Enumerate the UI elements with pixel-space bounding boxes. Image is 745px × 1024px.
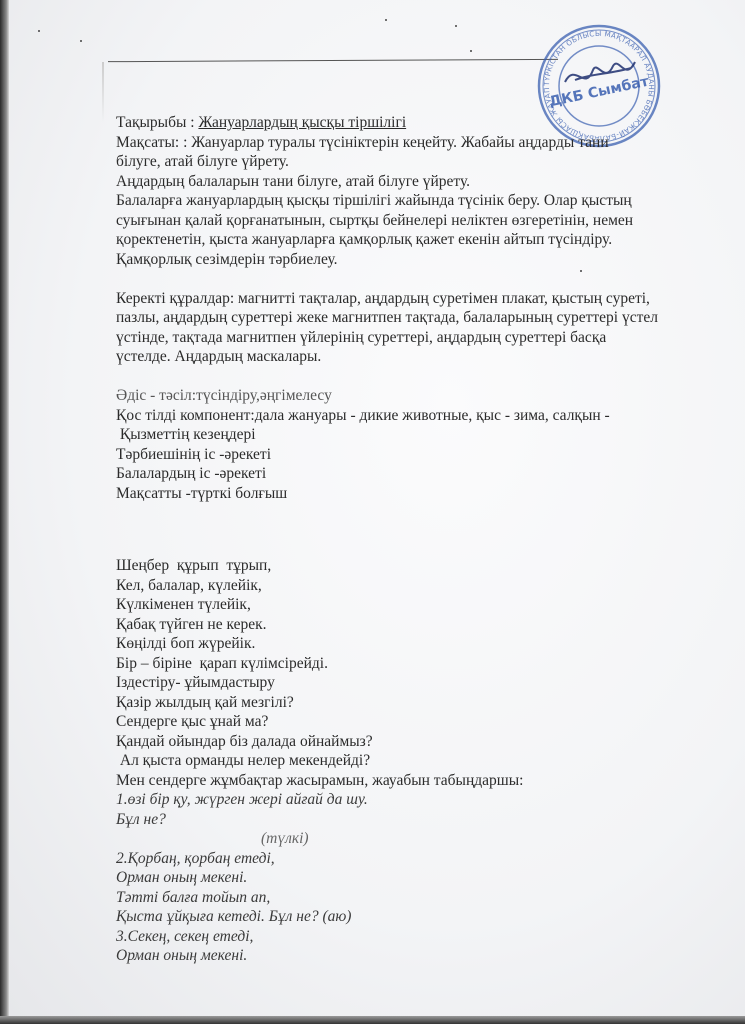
topic-label: Тақырыбы : (116, 114, 198, 131)
riddle-intro-line: Мен сендерге жұмбақтар жасырамын, жауабы… (116, 771, 716, 791)
document-body: Тақырыбы : Жануарлардың қысқы тіршілігі … (116, 113, 716, 966)
stages-line: Қызметтің кезеңдері (116, 425, 716, 445)
question-line: Қандай ойындар біз далада ойнаймыз? (116, 732, 716, 752)
speck (385, 19, 387, 21)
goal-line: Қамқорлық сезімдерін тәрбиелеу. (116, 250, 716, 270)
goal-line: Балаларға жануарлардың қысқы тіршілігі ж… (116, 191, 716, 211)
goal-line: Мақсаты: : Жануарлар туралы түсініктерін… (116, 133, 716, 153)
goal-line: қоректенетін, қыста жануарларға қамқорлы… (116, 230, 716, 250)
teacher-activity-line: Тәрбиешінің іс -әрекеті (116, 445, 716, 465)
topic-line: Тақырыбы : Жануарлардың қысқы тіршілігі (116, 113, 716, 133)
poem-line: Күлкіменен түлейік, (116, 595, 716, 615)
motivation-line: Мақсатты -түрткі болғыш (116, 484, 716, 504)
question-line: Ал қыста орманды нелер мекендейді? (116, 751, 716, 771)
stamp-center-text: ДКБ Сымбат (548, 73, 651, 110)
riddle-2-line: 2.Қорбаң, қорбаң етеді, (116, 849, 716, 869)
riddle-1-answer: (түлкі) (116, 829, 716, 849)
poem-line: Көңілді боп жүрейік. (116, 634, 716, 654)
search-organize-line: Іздестіру- ұйымдастыру (116, 673, 716, 693)
scan-edge-bottom (0, 1016, 745, 1024)
goals-section: Мақсаты: : Жануарлар туралы түсініктерін… (116, 133, 716, 270)
method-section: Әдіс - тәсіл:түсіндіру,әңгімелесу Қос ті… (116, 386, 716, 503)
topic-title: Жануарлардың қысқы тіршілігі (198, 114, 406, 131)
goal-line: суығынан қалай қорғанатынын, сыртқы бейн… (116, 211, 716, 231)
riddle-2-line: Қыста ұйқыға кетеді. Бұл не? (аю) (116, 907, 716, 927)
poem-line: Шеңбер құрып тұрып, (116, 556, 716, 576)
method-line: Әдіс - тәсіл:түсіндіру,әңгімелесу (116, 386, 716, 406)
bilingual-line: Қос тілді компонент:дала жануары - дикие… (116, 406, 716, 426)
speck (38, 30, 40, 32)
question-line: Сендерге қыс ұнай ма? (116, 712, 716, 732)
riddle-1-question: Бұл не? (116, 810, 716, 830)
scan-edge-left (0, 0, 9, 1024)
question-line: Қазір жылдың қай мезгілі? (116, 693, 716, 713)
materials-line: Керекті құралдар: магнитті тақталар, аңд… (116, 289, 716, 309)
materials-line: үстелде. Аңдардың маскалары. (116, 347, 716, 367)
fold-shadow (102, 62, 104, 122)
goal-line: білуге, атай білуге үйрету. (116, 152, 716, 172)
materials-line: үстінде, тақтада магнитпен үйлерінің сур… (116, 328, 716, 348)
riddle-2-line: Орман оның мекені. (116, 868, 716, 888)
riddle-3-line: 3.Секең, секең етеді, (116, 927, 716, 947)
poem-line: Кел, балалар, күлейік, (116, 576, 716, 596)
speck (470, 50, 472, 52)
poem-line: Қабақ түйген не керек. (116, 615, 716, 635)
poem-line: Бір – біріне қарап күлімсірейді. (116, 654, 716, 674)
riddle-3-line: Орман оның мекені. (116, 946, 716, 966)
children-activity-line: Балалардың іс -әрекеті (116, 464, 716, 484)
speck (455, 25, 457, 27)
speck (80, 40, 82, 42)
riddle-1-line: 1.өзі бір қу, жүрген жері айғай да шу. (116, 790, 716, 810)
riddles-section: 1.өзі бір қу, жүрген жері айғай да шу. Б… (116, 790, 716, 966)
materials-line: пазлы, аңдардың суреттері жеке магнитпен… (116, 308, 716, 328)
poem-section: Шеңбер құрып тұрып, Кел, балалар, күлейі… (116, 556, 716, 790)
riddle-2-line: Тәтті балға тойып ап, (116, 888, 716, 908)
goal-line: Аңдардың балаларын тани білуге, атай біл… (116, 172, 716, 192)
materials-section: Керекті құралдар: магнитті тақталар, аңд… (116, 289, 716, 367)
